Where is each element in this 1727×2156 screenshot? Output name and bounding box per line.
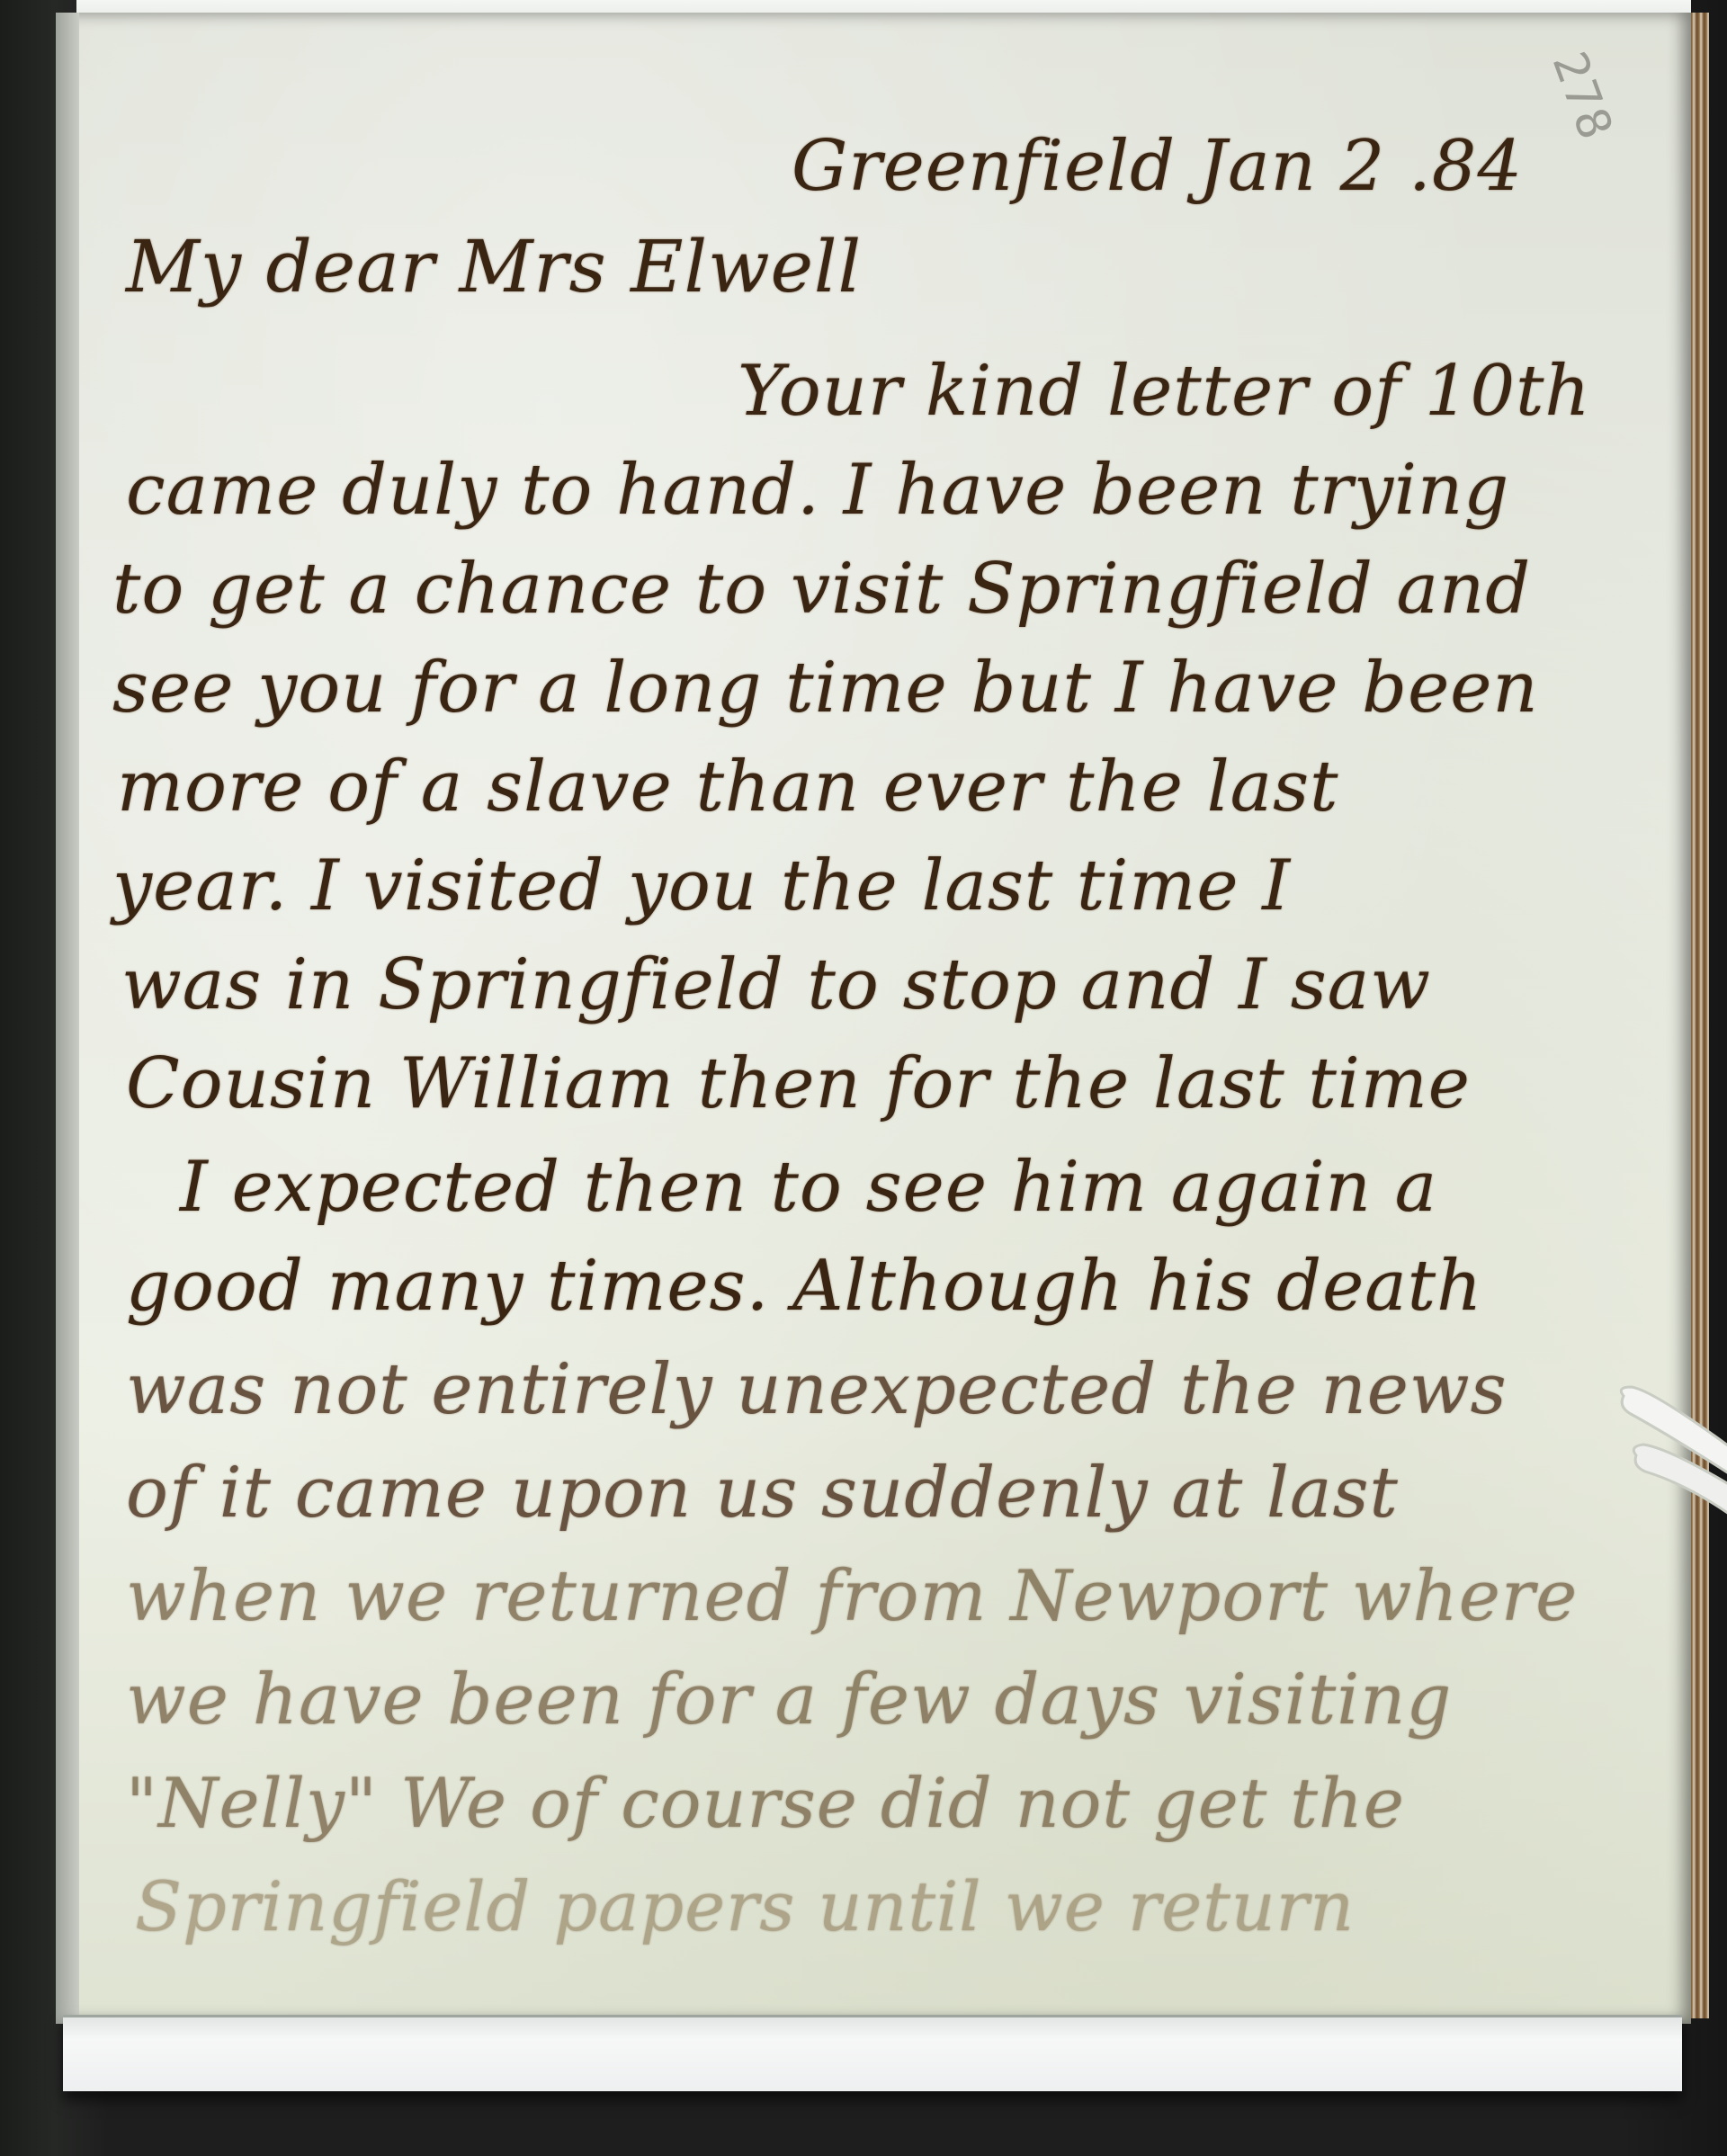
body-line: good many times. Although his death: [126, 1246, 1482, 1327]
body-line: to get a chance to visit Springfield and: [112, 549, 1531, 630]
body-line: came duly to hand. I have been trying: [126, 450, 1509, 531]
body-line: Springfield papers until we return: [135, 1866, 1355, 1946]
body-line: was in Springfield to stop and I saw: [121, 944, 1431, 1025]
body-line: Your kind letter of 10th: [738, 351, 1591, 432]
paper-clip-icon: [1615, 1385, 1727, 1520]
body-line: more of a slave than ever the last: [117, 747, 1339, 828]
body-line: "Nelly" We of course did not get the: [126, 1763, 1405, 1843]
body-line: we have been for a few days visiting: [126, 1659, 1452, 1740]
salutation: My dear Mrs Elwell: [126, 225, 862, 309]
body-line: Cousin William then for the last time: [126, 1043, 1471, 1124]
body-line: was not entirely unexpected the news: [126, 1349, 1508, 1430]
body-line: year. I visited you the last time I: [112, 845, 1291, 926]
body-line: I expected then to see him again a: [180, 1147, 1437, 1228]
body-line: of it came upon us suddenly at last: [126, 1453, 1399, 1534]
place-date-heading: Greenfield Jan 2 .84: [792, 126, 1523, 207]
bottom-backing-sheet: [63, 2015, 1682, 2091]
body-line: when we returned from Newport where: [126, 1556, 1578, 1637]
body-line: see you for a long time but I have been: [112, 648, 1539, 729]
